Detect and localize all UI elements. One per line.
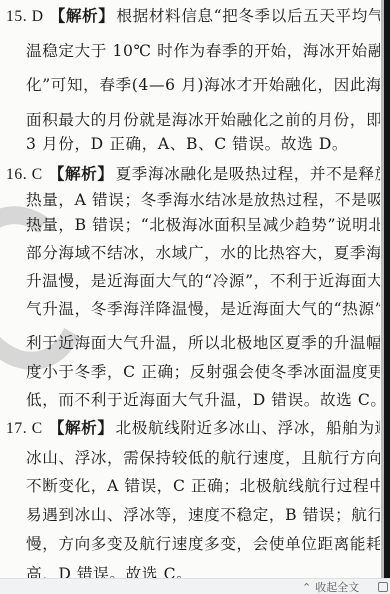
q16-line-1: 16. C【解析】夏季海冰融化是吸热过程，并不是释放 — [6, 164, 380, 185]
q15-line-5: 3 月份，D 正确，A、B、C 错误。故选 D。 — [26, 134, 348, 154]
q16-line-9: 低，而不利于近海面大气升温，D 错误。故选 C。 — [26, 390, 380, 410]
chevron-up-icon: ⌃ — [302, 581, 311, 594]
q15-line-2: 温稳定大于 10℃ 时作为春季的开始，海冰开始融 — [26, 41, 380, 61]
q17-analysis-tag: 【解析】 — [49, 418, 114, 437]
q15-line-3: 化”可知，春季(4—6 月)海冰才开始融化，因此海冰 — [26, 75, 380, 95]
q16-line-2: 热量，A 错误；冬季海水结冰是放热过程，不是吸收 — [26, 190, 380, 210]
q15-line-1: 15. D【解析】根据材料信息“把冬季以后五天平均气 — [6, 6, 380, 27]
q16-line-6: 气升温，冬季海洋降温慢，是近海面大气的“热源”， — [26, 299, 380, 319]
q15-line-4: 面积最大的月份就是海冰开始融化之前的月份，即 — [26, 110, 380, 130]
scanned-page: 15. D【解析】根据材料信息“把冬季以后五天平均气 温稳定大于 10℃ 时作为… — [0, 0, 380, 578]
q17-line-4: 易遇到冰山、浮冰等，速度不稳定，B 错误；航行速度 — [26, 505, 380, 525]
share-icon[interactable] — [378, 582, 388, 592]
q16-line-3: 热量，B 错误；“北极海冰面积呈减少趋势”说明北极 — [26, 215, 380, 235]
q15-analysis-tag: 【解析】 — [50, 6, 115, 25]
page-edge-border — [384, 0, 390, 578]
q17-line-5: 慢，方向多变及航行速度多变，会使单位距离能耗升 — [26, 534, 380, 554]
q16-line-8: 度小于冬季，C 正确；反射强会使冬季冰面温度更 — [26, 362, 380, 382]
q17-line-6: 高，D 错误。故选 C。 — [26, 564, 192, 578]
q17-line-1: 17. C【解析】北极航线附近多冰山、浮冰，船舶为避开 — [6, 418, 380, 439]
q15-number: 15. D — [6, 8, 44, 25]
bottom-toolbar: ⌃ 收起全文 — [0, 578, 390, 594]
q17-number: 17. C — [6, 420, 43, 437]
q17-line-2: 冰山、浮冰，需保持较低的航行速度，且航行方向要 — [26, 448, 380, 468]
q16-analysis-tag: 【解析】 — [49, 164, 114, 183]
q16-number: 16. C — [6, 166, 43, 183]
q16-line-7: 利于近海面大气升温，所以北极地区夏季的升温幅 — [26, 333, 380, 353]
q17-line-3: 不断变化，A 错误，C 正确；北极航线航行过程中，容 — [26, 476, 380, 496]
collapse-fulltext-button[interactable]: ⌃ 收起全文 — [302, 581, 359, 594]
q16-line-5: 升温慢，是近海面大气的“冷源”，不利于近海面大 — [26, 271, 380, 291]
collapse-fulltext-label: 收起全文 — [315, 581, 359, 594]
q16-line-4: 部分海域不结冰，水域广，水的比热容大，夏季海洋 — [26, 243, 380, 263]
